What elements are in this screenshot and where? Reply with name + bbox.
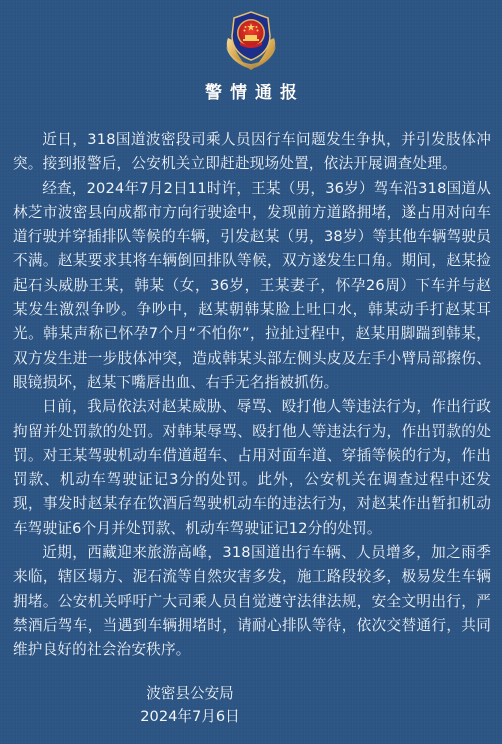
issuer-name: 波密县公安局 bbox=[140, 682, 240, 705]
issue-date: 2024年7月6日 bbox=[140, 705, 240, 728]
paragraph-incident-summary: 近日，318国道波密段司乘人员因行车问题发生争执，并引发肢体冲突。接到报警后，公… bbox=[13, 128, 491, 177]
notice-title: 警情通报 bbox=[0, 78, 502, 103]
signature-block: 波密县公安局 2024年7月6日 bbox=[140, 682, 240, 728]
police-badge-icon bbox=[218, 8, 284, 74]
paragraph-penalties: 日前，我局依法对赵某威胁、辱骂、殴打他人等违法行为，作出行政拘留并处罚款的处罚。… bbox=[13, 395, 491, 541]
paragraph-public-advisory: 近期，西藏迎来旅游高峰，318国道出行车辆、人员增多，加之雨季来临，辖区塌方、泥… bbox=[13, 541, 491, 662]
police-notice-page: 警情通报 近日，318国道波密段司乘人员因行车问题发生争执，并引发肢体冲突。接到… bbox=[0, 0, 502, 744]
notice-body: 近日，318国道波密段司乘人员因行车问题发生争执，并引发肢体冲突。接到报警后，公… bbox=[13, 128, 491, 663]
paragraph-investigation-findings: 经查，2024年7月2日11时许，王某（男，36岁）驾车沿318国道从林芝市波密… bbox=[13, 177, 491, 396]
